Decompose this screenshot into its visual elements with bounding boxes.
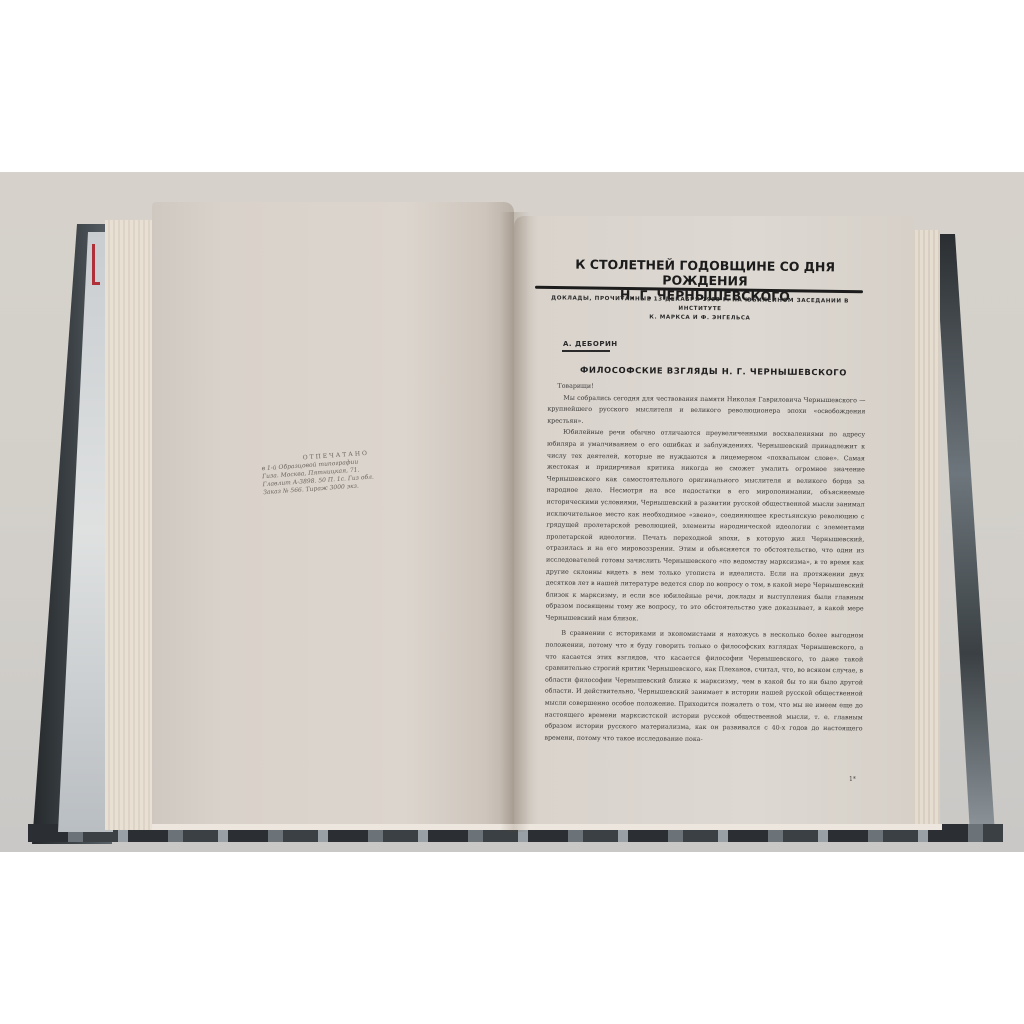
book-cover-right — [935, 234, 995, 834]
heading-line-1: К СТОЛЕТНЕЙ ГОДОВЩИНЕ СО ДНЯ РОЖДЕНИЯ — [540, 256, 870, 289]
page-bottom-edge — [152, 824, 942, 830]
paragraph: Юбилейные речи обычно отличаются преувел… — [545, 427, 865, 627]
bookmark-ribbon — [92, 244, 100, 285]
paragraph: Мы собрались сегодня для чествования пам… — [547, 392, 865, 430]
book-photo — [0, 172, 1024, 852]
author-rule — [562, 350, 610, 352]
article-body: Товарищи! Мы собрались сегодня для честв… — [544, 381, 865, 747]
signature-mark: 1* — [849, 776, 856, 783]
paragraph: В сравнении с историками и экономистами … — [544, 628, 863, 747]
book-gutter — [500, 212, 530, 832]
left-page — [152, 202, 514, 830]
author-name: А. ДЕБОРИН — [563, 340, 618, 348]
subheading: Доклады, прочитанные 13 декабря 1928 г. … — [540, 294, 860, 324]
